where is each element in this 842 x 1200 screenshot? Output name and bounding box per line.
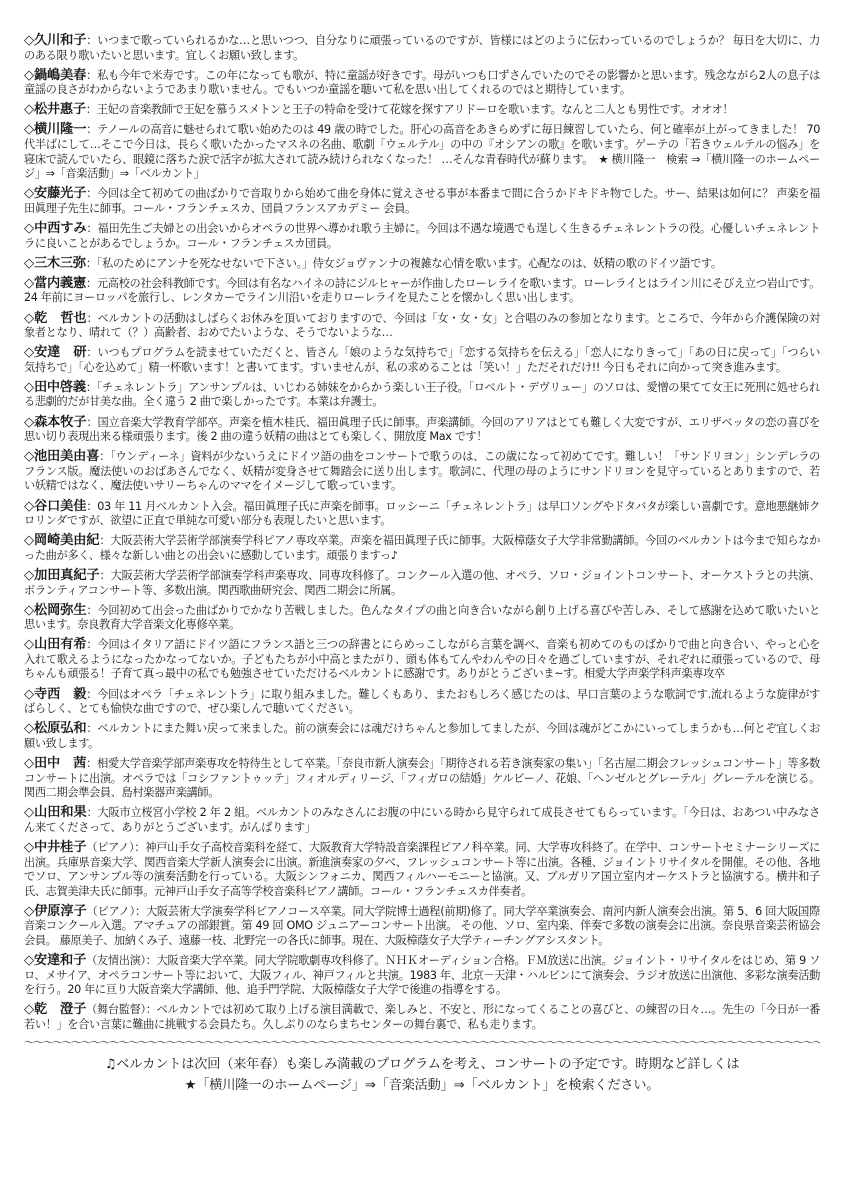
member-name: ◇田中啓義	[24, 380, 86, 395]
member-name: ◇寺西 毅	[24, 687, 86, 702]
profile-list: ◇久川和子：いつまで歌っていられるかな…と思いつつ、自分なりに頑張っているのです…	[24, 34, 820, 1033]
member-name: ◇伊原淳子	[24, 904, 87, 919]
profile-entry: ◇伊原淳子（ピアノ）：大阪芸術大学演奏学科ピアノコース卒業。同大学院博士過程(前…	[24, 905, 820, 949]
member-name: ◇池田美由喜	[24, 449, 99, 464]
profile-entry: ◇中西すみ：福田先生ご夫婦との出会いからオペラの世界へ導かれ歌う主婦に。今回は不…	[24, 222, 820, 251]
member-name: ◇松岡弥生	[24, 603, 86, 618]
profile-entry: ◇中井桂子（ピアノ）：神戸山手女子高校音楽科を経て、大阪教育大学特設音楽課程ピア…	[24, 841, 820, 899]
profile-entry: ◇松井惠子：王妃の音楽教師で王妃を慕うスメトンと王子の特命を受けて花嫁を探すアリ…	[24, 103, 820, 118]
profile-entry: ◇乾 哲也：ベルカントの活動はしばらくお休みを頂いておりますので、今回は「女・女…	[24, 312, 820, 341]
member-comment: ：「私のためにアンナを死なせないで下さい。」侍女ジョヴァンナの複雑な心情を歌いま…	[86, 257, 722, 270]
member-name: ◇中西すみ	[24, 221, 87, 236]
member-name: ◇田中 茜	[24, 756, 86, 771]
member-comment: ：今回は全て初めての曲ばかりで音取りから始めて曲を身体に覚えさせる事が本番まで間…	[24, 187, 820, 215]
profile-entry: ◇安達和子（友情出演）：大阪音楽大学卒業。同大学院歌劇専攻科修了。ＮＨＫオーディ…	[24, 954, 820, 998]
footer-line-search-guide: ★「横川隆一のホームページ」⇒「音楽活動」⇒「ベルカント」を検索ください。	[24, 1075, 820, 1096]
member-name: ◇松井惠子	[24, 102, 86, 117]
member-role: （ピアノ）	[86, 841, 134, 854]
member-name: ◇加田真紀子	[24, 568, 100, 583]
profile-entry: ◇池田美由喜：「ウンディーネ」資料が少ないうえにドイツ語の曲をコンサートで歌うの…	[24, 450, 820, 494]
profile-entry: ◇山田有希：今回はイタリア語にドイツ語にフランス語と三つの辞書とにらめっこしなが…	[24, 638, 820, 682]
profile-entry: ◇松原弘和：ベルカントにまた舞い戻って来ました。前の演奏会には魂だけちゃんと参加…	[24, 722, 820, 751]
member-name: ◇安藤光子	[24, 186, 86, 201]
footer-notice: ♫ベルカントは次回（来年春）も楽しみ満載のプログラムを考え、コンサートの予定です…	[24, 1054, 820, 1096]
profile-entry: ◇加田真紀子：大阪芸術大学芸術学部演奏学科声楽専攻、同専攻科修了。コンクール入選…	[24, 569, 820, 598]
member-name: ◇横川隆一	[24, 122, 86, 137]
member-comment: ：「チェネレントラ」アンサンブルは、いじわる姉妹をからかう楽しい王子役。「ロベル…	[24, 381, 820, 409]
member-comment: ：大阪芸術大学芸術学部演奏学科声楽専攻、同専攻科修了。コンクール入選の他、オペラ…	[24, 569, 820, 597]
profile-entry: ◇山田和果：大阪市立桜宮小学校 2 年 2 組。ベルカントのみなさんにお腹の中に…	[24, 806, 820, 835]
profile-entry: ◇乾 澄子（舞台監督）：ベルカントでは初めて取り上げる演目満載で、楽しみと、不安…	[24, 1003, 820, 1032]
profile-entry: ◇松岡弥生：今回初めて出会った曲ばかりでかなり苦戦しました。色んなタイプの曲と向…	[24, 604, 820, 633]
member-name: ◇乾 哲也	[24, 311, 87, 326]
member-comment: ：テノールの高音に魅せられて歌い始めたのは 49 歳の時でした。肝心の高音をあき…	[24, 123, 820, 180]
profile-entry: ◇岡崎美由紀：大阪芸術大学芸術学部演奏学科ピアノ専攻卒業。声楽を福田眞理子氏に師…	[24, 534, 820, 563]
member-name: ◇山田有希	[24, 637, 87, 652]
wavy-divider: ～～～～～～～～～～～～～～～～～～～～～～～～～～～～～～～～～～～～～～～～…	[24, 1038, 820, 1048]
member-name: ◇中井桂子	[24, 840, 86, 855]
member-comment: ：今回はイタリア語にドイツ語にフランス語と三つの辞書とにらめっこしながら言葉を調…	[24, 638, 820, 680]
profile-entry: ◇安藤光子：今回は全て初めての曲ばかりで音取りから始めて曲を身体に覚えさせる事が…	[24, 187, 820, 216]
profile-entry: ◇谷口美佳：03 年 11 月ベルカント入会。福田眞理子氏に声楽を師事。ロッシー…	[24, 500, 820, 529]
member-comment: ：ベルカントの活動はしばらくお休みを頂いておりますので、今回は「女・女・女」と合…	[24, 312, 820, 340]
member-comment: ：今回初めて出会った曲ばかりでかなり苦戦しました。色んなタイプの曲と向き合いなが…	[24, 604, 820, 632]
member-role: （舞台監督）	[86, 1003, 146, 1016]
profile-entry: ◇森本牧子：国立音楽大学教育学部卒。声楽を植木桂氏、福田眞理子氏に師事。声楽講師…	[24, 416, 820, 445]
profile-entry: ◇田中 茜：相愛大学音楽学部声楽専攻を特待生として卒業。「奈良市新人演奏会」「期…	[24, 757, 820, 801]
member-comment: ：大阪芸術大学芸術学部演奏学科ピアノ専攻卒業。声楽を福田眞理子氏に師事。大阪樟蔭…	[24, 534, 820, 562]
member-name: ◇松原弘和	[24, 721, 86, 736]
profile-entry: ◇久川和子：いつまで歌っていられるかな…と思いつつ、自分なりに頑張っているのです…	[24, 34, 820, 63]
member-role: （ピアノ）	[87, 905, 135, 918]
member-comment: ：国立音楽大学教育学部卒。声楽を植木桂氏、福田眞理子氏に師事。声楽講師。今回のア…	[24, 416, 820, 444]
member-comment: ：元高校の社会科教師です。今回は有名なハイネの詩にジルヒャーが作曲したローレライ…	[24, 277, 820, 305]
member-comment: ：ベルカントにまた舞い戻って来ました。前の演奏会には魂だけちゃんと参加してました…	[24, 722, 820, 750]
member-name: ◇谷口美佳	[24, 499, 86, 514]
member-name: ◇山田和果	[24, 805, 87, 820]
member-name: ◇久川和子	[24, 33, 86, 48]
member-comment: ：大阪芸術大学演奏学科ピアノコース卒業。同大学院博士過程(前期)修了。同大学卒業…	[24, 905, 820, 947]
member-name: ◇乾 澄子	[24, 1002, 86, 1017]
member-name: ◇鍋嶋美春	[24, 68, 86, 83]
member-name: ◇森本牧子	[24, 415, 87, 430]
profile-entry: ◇安達 研：いつもプログラムを読ませていただくと、皆さん「娘のような気持ちで」「…	[24, 346, 820, 375]
profile-entry: ◇鍋嶋美春：私も今年で米寿です。この年になっても歌が、特に童謡が好きです。母がい…	[24, 69, 820, 98]
member-profiles-page: ◇久川和子：いつまで歌っていられるかな…と思いつつ、自分なりに頑張っているのです…	[24, 34, 820, 1096]
member-comment: ：大阪市立桜宮小学校 2 年 2 組。ベルカントのみなさんにお腹の中にいる時から…	[24, 806, 820, 834]
profile-entry: ◇田中啓義：「チェネレントラ」アンサンブルは、いじわる姉妹をからかう楽しい王子役…	[24, 381, 820, 410]
member-comment: ：今回はオペラ「チェネレントラ」に取り組みました。難しくもあり、またおもしろく感…	[24, 688, 820, 716]
member-name: ◇當内義憲	[24, 276, 86, 291]
profile-entry: ◇當内義憲：元高校の社会科教師です。今回は有名なハイネの詩にジルヒャーが作曲した…	[24, 277, 820, 306]
profile-entry: ◇三木三弥：「私のためにアンナを死なせないで下さい。」侍女ジョヴァンナの複雑な心…	[24, 257, 820, 272]
member-name: ◇安達和子	[24, 953, 86, 968]
member-comment: ：王妃の音楽教師で王妃を慕うスメトンと王子の特命を受けて花嫁を探すアリドーロを歌…	[86, 103, 733, 116]
profile-entry: ◇寺西 毅：今回はオペラ「チェネレントラ」に取り組みました。難しくもあり、またお…	[24, 688, 820, 717]
profile-entry: ◇横川隆一：テノールの高音に魅せられて歌い始めたのは 49 歳の時でした。肝心の…	[24, 123, 820, 181]
member-comment: ：神戸山手女子高校音楽科を経て、大阪教育大学特設音楽課程ピアノ科卒業。同、大学専…	[24, 841, 820, 898]
member-name: ◇安達 研	[24, 345, 87, 360]
member-comment: ：03 年 11 月ベルカント入会。福田眞理子氏に声楽を師事。ロッシーニ「チェネ…	[24, 500, 820, 528]
member-comment: ：いつまで歌っていられるかな…と思いつつ、自分なりに頑張っているのですが、皆様に…	[24, 34, 820, 62]
member-name: ◇三木三弥	[24, 256, 86, 271]
member-comment: ：いつもプログラムを読ませていただくと、皆さん「娘のような気持ちで」「恋する気持…	[24, 346, 820, 374]
member-role: （友情出演）	[86, 954, 146, 967]
member-comment: ：福田先生ご夫婦との出会いからオペラの世界へ導かれ歌う主婦に。今回は不遇な境遇で…	[24, 222, 820, 250]
member-comment: ：私も今年で米寿です。この年になっても歌が、特に童謡が好きです。母がいつも口ずさ…	[24, 69, 820, 97]
member-name: ◇岡崎美由紀	[24, 533, 99, 548]
footer-line-next-concert: ♫ベルカントは次回（来年春）も楽しみ満載のプログラムを考え、コンサートの予定です…	[24, 1054, 820, 1075]
member-comment: ：「ウンディーネ」資料が少ないうえにドイツ語の曲をコンサートで歌うのは、この歳に…	[24, 450, 820, 492]
member-comment: ：相愛大学音楽学部声楽専攻を特待生として卒業。「奈良市新人演奏会」「期待される若…	[24, 757, 820, 799]
